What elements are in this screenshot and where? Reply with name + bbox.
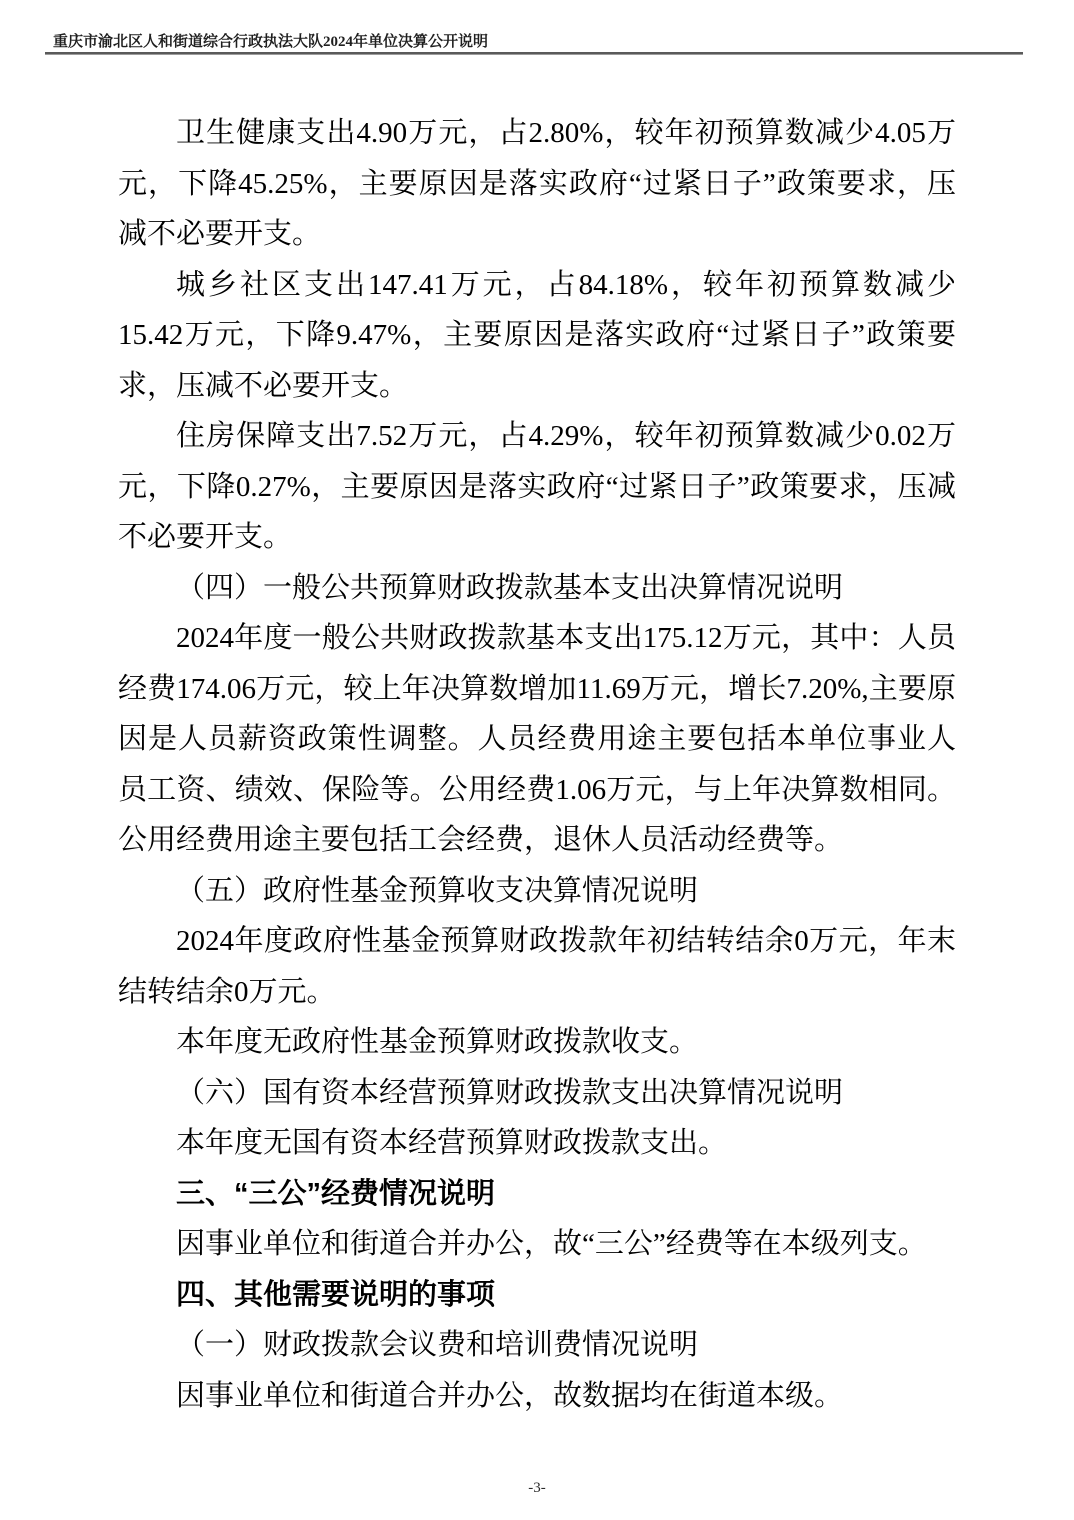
body-paragraph: 卫生健康支出4.90万元，占2.80%，较年初预算数减少4.05万元，下降45.… (118, 108, 956, 260)
page-footer: -3- (0, 1480, 1074, 1497)
section-heading: （五）政府性基金预算收支决算情况说明 (118, 866, 956, 917)
body-paragraph: 因事业单位和街道合并办公，故数据均在街道本级。 (118, 1371, 956, 1422)
body-paragraph: 因事业单位和街道合并办公，故“三公”经费等在本级列支。 (118, 1219, 956, 1270)
header-title: 重庆市渝北区人和街道综合行政执法大队2024年单位决算公开说明 (53, 30, 488, 51)
header-rule (45, 52, 1023, 55)
section-heading: （六）国有资本经营预算财政拨款支出决算情况说明 (118, 1068, 956, 1119)
chapter-heading: 三、“三公”经费情况说明 (118, 1169, 956, 1220)
section-heading: （四）一般公共预算财政拨款基本支出决算情况说明 (118, 563, 956, 614)
section-heading: （一）财政拨款会议费和培训费情况说明 (118, 1320, 956, 1371)
document-body: 卫生健康支出4.90万元，占2.80%，较年初预算数减少4.05万元，下降45.… (118, 108, 956, 1421)
page-number: -3- (528, 1480, 546, 1496)
document-page: 重庆市渝北区人和街道综合行政执法大队2024年单位决算公开说明 卫生健康支出4.… (0, 0, 1074, 1520)
body-paragraph: 2024年度一般公共财政拨款基本支出175.12万元，其中：人员经费174.06… (118, 613, 956, 866)
body-paragraph: 住房保障支出7.52万元，占4.29%，较年初预算数减少0.02万元，下降0.2… (118, 411, 956, 563)
body-paragraph: 城乡社区支出147.41万元，占84.18%，较年初预算数减少15.42万元，下… (118, 260, 956, 412)
body-paragraph: 2024年度政府性基金预算财政拨款年初结转结余0万元，年末结转结余0万元。 (118, 916, 956, 1017)
body-paragraph: 本年度无政府性基金预算财政拨款收支。 (118, 1017, 956, 1068)
body-paragraph: 本年度无国有资本经营预算财政拨款支出。 (118, 1118, 956, 1169)
chapter-heading: 四、其他需要说明的事项 (118, 1270, 956, 1321)
